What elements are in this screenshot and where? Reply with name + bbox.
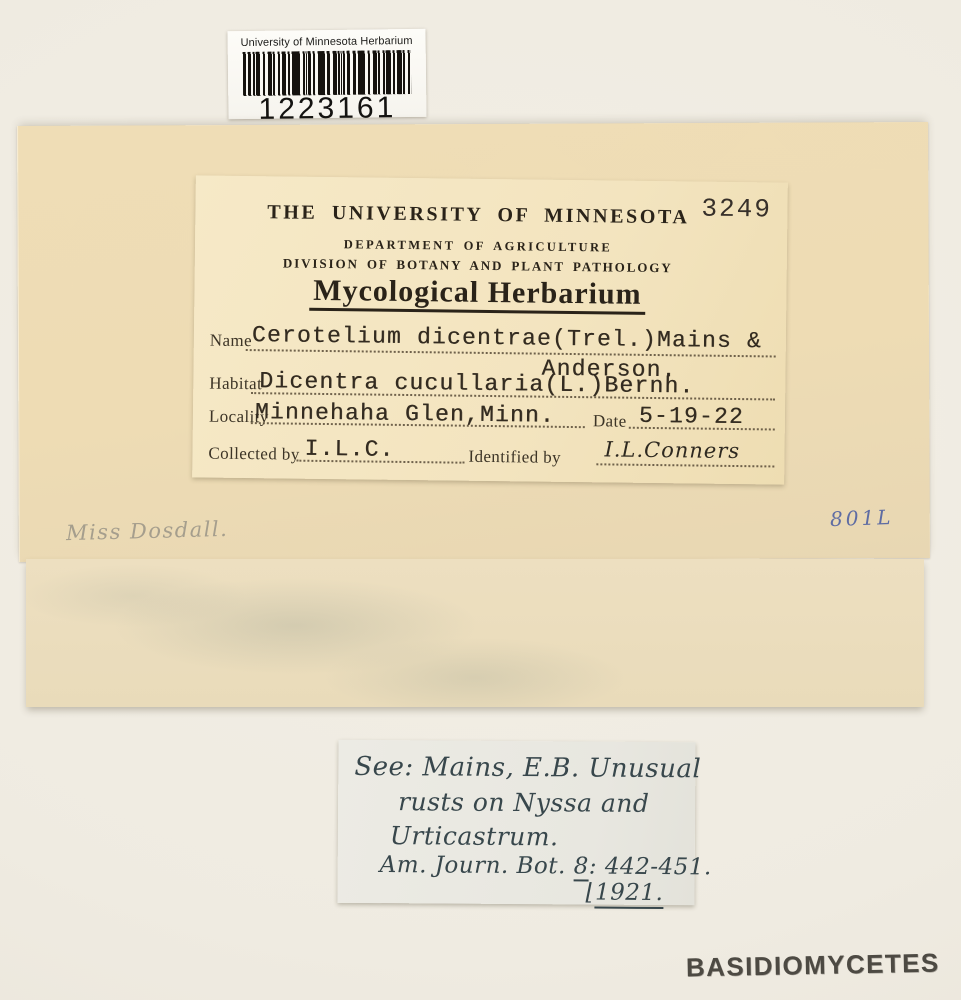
barcode-institution-text: University of Minnesota Herbarium xyxy=(228,35,426,49)
reference-line-5: ⌊1921. xyxy=(585,879,663,906)
habitat-field-value: Dicentra cucullaria(L.)Bernh. xyxy=(259,368,694,399)
collected-by-value: I.L.C. xyxy=(304,436,394,463)
barcode-label: University of Minnesota Herbarium 122316… xyxy=(227,29,426,119)
herbarium-label: 3249 THE UNIVERSITY OF MINNESOTA DEPARTM… xyxy=(192,175,788,484)
university-name: THE UNIVERSITY OF MINNESOTA xyxy=(195,200,761,230)
basidiomycetes-stamp: BASIDIOMYCETES xyxy=(686,948,940,984)
pencil-annotation: Miss Dosdall. xyxy=(66,517,229,545)
specimen-envelope-body xyxy=(26,559,924,707)
barcode-number: 1223161 xyxy=(228,91,426,127)
reference-line-4: Am. Journ. Bot. 8: 442-451. xyxy=(380,852,712,880)
date-field-label: Date xyxy=(593,411,627,431)
ink-number-annotation: 801L xyxy=(830,505,894,531)
volume-number: 8 xyxy=(574,853,589,881)
identified-by-value: I.L.Conners xyxy=(604,437,740,463)
reference-line-2: rusts on Nyssa and xyxy=(398,787,650,818)
reference-note: See: Mains, E.B. Unusual rusts on Nyssa … xyxy=(337,740,695,905)
barcode-icon xyxy=(243,50,412,96)
locality-field-value: Minnehaha Glen,Minn. xyxy=(255,399,555,429)
department-name: DEPARTMENT OF AGRICULTURE xyxy=(195,235,761,257)
herbarium-title: Mycological Herbarium xyxy=(194,272,760,313)
publication-year: 1921. xyxy=(595,880,664,909)
reference-line-3: Urticastrum. xyxy=(390,821,559,851)
reference-line-1: See: Mains, E.B. Unusual xyxy=(354,752,701,784)
collected-by-label: Collected by xyxy=(208,444,299,465)
herbarium-specimen-photo: University of Minnesota Herbarium 122316… xyxy=(0,0,961,1000)
identified-by-label: Identified by xyxy=(468,447,561,468)
date-field-value: 5-19-22 xyxy=(639,403,744,430)
